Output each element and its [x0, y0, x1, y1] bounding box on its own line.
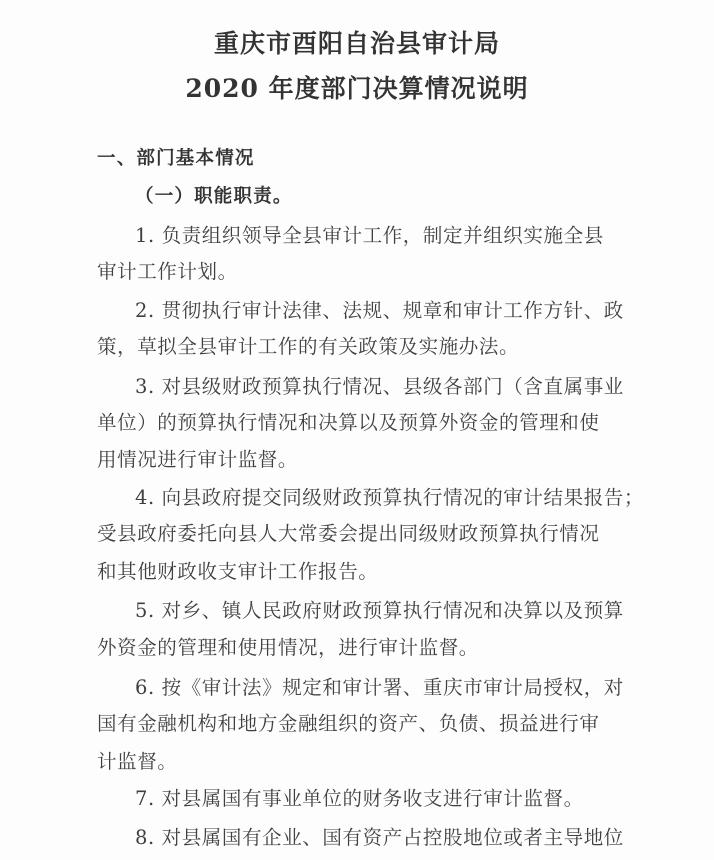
paragraph-line: 用情况进行审计监督。 [97, 448, 662, 472]
paragraph-line: 计监督。 [97, 750, 662, 774]
paragraph-line: 5. 对乡、镇人民政府财政预算执行情况和决算以及预算 [135, 599, 700, 623]
paragraph-line: 6. 按《审计法》规定和审计署、重庆市审计局授权，对 [135, 676, 700, 700]
paragraph-line: 4. 向县政府提交同级财政预算执行情况的审计结果报告； [135, 486, 700, 510]
paragraph-line: 3. 对县级财政预算执行情况、县级各部门（含直属事业 [135, 375, 700, 399]
subsection-heading: （一）职能职责。 [135, 185, 700, 209]
paragraph-line: 策，草拟全县审计工作的有关政策及实施办法。 [97, 335, 662, 359]
paragraph-line: 外资金的管理和使用情况，进行审计监督。 [97, 636, 662, 660]
paragraph-line: 单位）的预算执行情况和决算以及预算外资金的管理和使 [97, 411, 662, 435]
paragraph-line: 审计工作计划。 [97, 260, 662, 284]
paragraph-line: 1. 负责组织领导全县审计工作，制定并组织实施全县 [135, 224, 700, 248]
paragraph-line: 7. 对县属国有事业单位的财务收支进行审计监督。 [135, 787, 700, 811]
paragraph-line: 受县政府委托向县人大常委会提出同级财政预算执行情况 [97, 522, 662, 546]
document-title-line-2: 2020 年度部门决算情况说明 [0, 69, 714, 105]
document-title-line-1: 重庆市酉阳自治县审计局 [0, 24, 714, 60]
cut-off-next-line [97, 852, 657, 860]
section-heading: 一、部门基本情况 [97, 147, 662, 171]
paragraph-line: 国有金融机构和地方金融组织的资产、负债、损益进行审 [97, 712, 662, 736]
paragraph-line: 和其他财政收支审计工作报告。 [97, 560, 662, 584]
document-page: 重庆市酉阳自治县审计局 2020 年度部门决算情况说明 一、部门基本情况 （一）… [0, 0, 714, 860]
paragraph-line: 2. 贯彻执行审计法律、法规、规章和审计工作方针、政 [135, 299, 700, 323]
paragraph-line: 8. 对县属国有企业、国有资产占控股地位或者主导地位 [135, 826, 700, 850]
